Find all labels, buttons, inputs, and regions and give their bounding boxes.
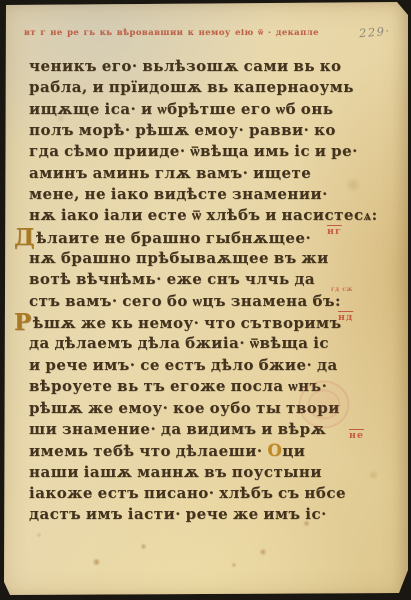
text-line: Дѣлаите не брашно гыбнѫщее·: [29, 227, 355, 248]
text-segment: нѫ іако іали есте ѿ хлѣбъ и насистесѧ:: [29, 206, 378, 224]
text-line: аминъ аминь глѫ вамъ· ищете: [29, 163, 355, 184]
text-line: гда сѣмо прииде· ѿвѣща имь іс и ре·: [29, 141, 355, 162]
text-segment: рабла, и прїидошѫ вь капернаоумь: [29, 78, 354, 96]
text-line: іакоже естъ писано· хлѣбъ съ нбсе: [29, 483, 355, 504]
margin-chapter-number: нг: [327, 226, 342, 237]
text-segment: дастъ имъ іасти· рече же имъ іс·: [29, 505, 327, 523]
text-line: ищѫще іса· и ѡбрѣтше его ѡб онь: [29, 99, 355, 120]
gold-initial: Р: [14, 309, 33, 336]
text-segment: стъ вамъ· сего бо ѡцъ знамена бъ:: [29, 292, 341, 310]
gold-initial: О: [267, 441, 282, 460]
gold-initial: Д: [14, 224, 36, 251]
text-line: стъ вамъ· сего бо ѡцъ знамена бъ:: [29, 291, 355, 312]
text-line: и рече имъ· се естъ дѣло бжие· да: [29, 355, 355, 376]
text-segment: вѣроуете вь тъ егоже посла ѡнъ·: [29, 377, 327, 395]
stain: [259, 548, 267, 556]
text-segment: ѣлаите не брашно гыбнѫщее·: [36, 229, 311, 247]
text-segment: аминъ аминь глѫ вамъ· ищете: [29, 164, 311, 182]
margin-chapter-number: не: [349, 430, 364, 441]
text-segment: полъ морѣ· рѣшѫ емоу· равви· ко: [29, 121, 336, 139]
text-line: Рѣшѫ же кь немоу· что сътворимъ: [29, 312, 355, 333]
text-line: мене, не іако видѣсте знамении·: [29, 184, 355, 205]
header-rubric: вт г не ре гь кь вѣровавшии к немоу еію …: [24, 27, 304, 38]
text-line: имемь тебѣ что дѣлаеши· Оци: [29, 440, 355, 461]
library-stamp: [299, 381, 349, 428]
text-segment: наши іашѫ маннѫ въ поустыни: [29, 463, 322, 481]
stain: [140, 543, 147, 550]
text-segment: нѫ брашно прѣбываѫщее въ жи: [29, 249, 329, 267]
text-segment: ѣшѫ же кь немоу· что сътворимъ: [33, 314, 342, 332]
folio-number: 229·: [359, 24, 392, 41]
margin-chapter-number: нд: [338, 312, 353, 323]
parchment-page: вт г не ре гь кь вѣровавшии к немоу еію …: [0, 0, 411, 600]
text-line: нѫ брашно прѣбываѫщее въ жи: [29, 248, 355, 269]
text-segment: іакоже естъ писано· хлѣбъ съ нбсе: [29, 484, 346, 502]
text-segment: ши знамение· да видимъ и вѣрѫ: [29, 420, 326, 438]
text-segment: рѣшѫ же емоу· кое оубо ты твори: [29, 399, 340, 417]
text-segment: мене, не іако видѣсте знамении·: [29, 185, 328, 203]
text-line: ши знамение· да видимъ и вѣрѫ: [29, 419, 355, 440]
text-segment: и рече имъ· се естъ дѣло бжие· да: [29, 356, 338, 374]
text-segment: вотѣ вѣчнѣмь· еже снъ члчь да: [29, 270, 315, 288]
stain: [368, 470, 379, 480]
text-block: ченикъ его· вьлѣзошѫ сами вь корабла, и …: [29, 56, 355, 526]
text-segment: ищѫще іса· и ѡбрѣтше его ѡб онь: [29, 100, 333, 118]
text-line: да дѣлаемъ дѣла бжиіа· ѿвѣща іс: [29, 333, 355, 354]
text-line: ченикъ его· вьлѣзошѫ сами вь ко: [29, 56, 355, 77]
text-line: наши іашѫ маннѫ въ поустыни: [29, 462, 355, 483]
text-line: полъ морѣ· рѣшѫ емоу· равви· ко: [29, 120, 355, 141]
text-segment: ци: [282, 442, 305, 460]
text-line: рабла, и прїидошѫ вь капернаоумь: [29, 77, 355, 98]
margin-gloss: гд сж: [331, 286, 353, 293]
stain: [231, 562, 237, 568]
stain: [36, 532, 42, 538]
text-line: нѫ іако іали есте ѿ хлѣбъ и насистесѧ:: [29, 205, 355, 226]
text-line: вотѣ вѣчнѣмь· еже снъ члчь да: [29, 269, 355, 290]
text-segment: гда сѣмо прииде· ѿвѣща имь іс и ре·: [29, 142, 358, 160]
text-segment: ченикъ его· вьлѣзошѫ сами вь ко: [29, 57, 342, 75]
manuscript-photo: { "photo": { "folio_number": "229·" }, "…: [0, 0, 411, 600]
text-segment: имемь тебѣ что дѣлаеши·: [29, 442, 267, 460]
text-line: дастъ имъ іасти· рече же имъ іс·: [29, 504, 355, 525]
text-segment: да дѣлаемъ дѣла бжиіа· ѿвѣща іс: [29, 334, 329, 352]
stain: [92, 558, 101, 566]
